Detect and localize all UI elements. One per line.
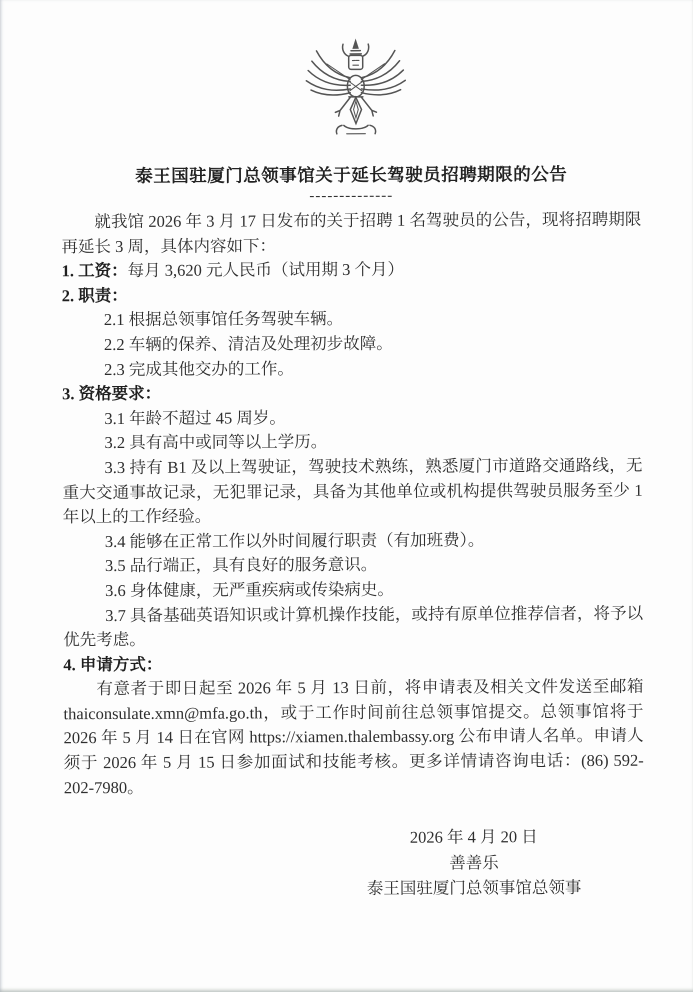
- website-url: https://xiamen.thalembassy.org: [249, 727, 454, 747]
- document-title: 泰王国驻厦门总领事馆关于延长驾驶员招聘期限的公告: [61, 161, 641, 189]
- title-separator: --------------: [61, 188, 641, 205]
- section-qualifications-heading-row: 3. 资格要求：: [62, 380, 642, 407]
- garuda-emblem-icon: [300, 36, 412, 142]
- qualification-item: 3.1 年龄不超过 45 周岁。: [62, 404, 642, 431]
- signature-block: 2026 年 4 月 20 日 善善乐 泰王国驻厦门总领事馆总领事: [367, 824, 582, 901]
- application-text: 有意者于即日起至 2026 年 5 月 13 日前，将申请表及相关文件发送至邮箱: [96, 677, 643, 698]
- section-application-heading: 4. 申请方式：: [63, 654, 162, 673]
- signature-name: 善善乐: [367, 850, 582, 876]
- application-paragraph: 有意者于即日起至 2026 年 5 月 13 日前，将申请表及相关文件发送至邮箱…: [63, 675, 644, 800]
- section-application-heading-row: 4. 申请方式：: [63, 650, 643, 677]
- section-salary-heading: 1. 工资：: [62, 261, 128, 280]
- intro-paragraph: 就我馆 2026 年 3 月 17 日发布的关于招聘 1 名驾驶员的公告，现将招…: [61, 208, 641, 260]
- signature-title: 泰王国驻厦门总领事馆总领事: [367, 875, 582, 901]
- qualification-item: 3.5 品行端正，具有良好的服务意识。: [63, 552, 643, 579]
- contact-email: thaiconsulate.xmn@mfa.go.th: [63, 703, 262, 723]
- section-duties-heading: 2. 职责：: [62, 286, 128, 305]
- qualification-item: 3.7 具备基础英语知识或计算机操作技能，或持有原单位推荐信者，将予以优先考虑。: [63, 601, 643, 653]
- section-salary: 1. 工资：每月 3,620 元人民币（试用期 3 个月）: [62, 257, 642, 284]
- qualification-item: 3.2 具有高中或同等以上学历。: [62, 429, 642, 456]
- duty-item: 2.3 完成其他交办的工作。: [62, 355, 642, 382]
- application-text: 。: [127, 778, 144, 797]
- section-qualifications-heading: 3. 资格要求：: [62, 384, 161, 403]
- document-body: 就我馆 2026 年 3 月 17 日发布的关于招聘 1 名驾驶员的公告，现将招…: [61, 208, 644, 801]
- qualification-item: 3.6 身体健康，无严重疾病或传染病史。: [63, 577, 643, 604]
- duty-item: 2.1 根据总领事馆任务驾驶车辆。: [62, 306, 642, 333]
- qualification-item: 3.4 能够在正常工作以外时间履行职责（有加班费）。: [63, 527, 643, 554]
- duty-item: 2.2 车辆的保养、清洁及处理初步故障。: [62, 331, 642, 358]
- scanned-announcement-page: 泰王国驻厦门总领事馆关于延长驾驶员招聘期限的公告 -------------- …: [0, 0, 693, 992]
- section-salary-text: 每月 3,620 元人民币（试用期 3 个月）: [128, 260, 404, 280]
- qualification-item: 3.3 持有 B1 及以上驾驶证，驾驶技术熟练，熟悉厦门市道路交通路线，无重大交…: [62, 454, 642, 530]
- signature-date: 2026 年 4 月 20 日: [367, 824, 582, 850]
- section-duties-heading-row: 2. 职责：: [62, 281, 642, 308]
